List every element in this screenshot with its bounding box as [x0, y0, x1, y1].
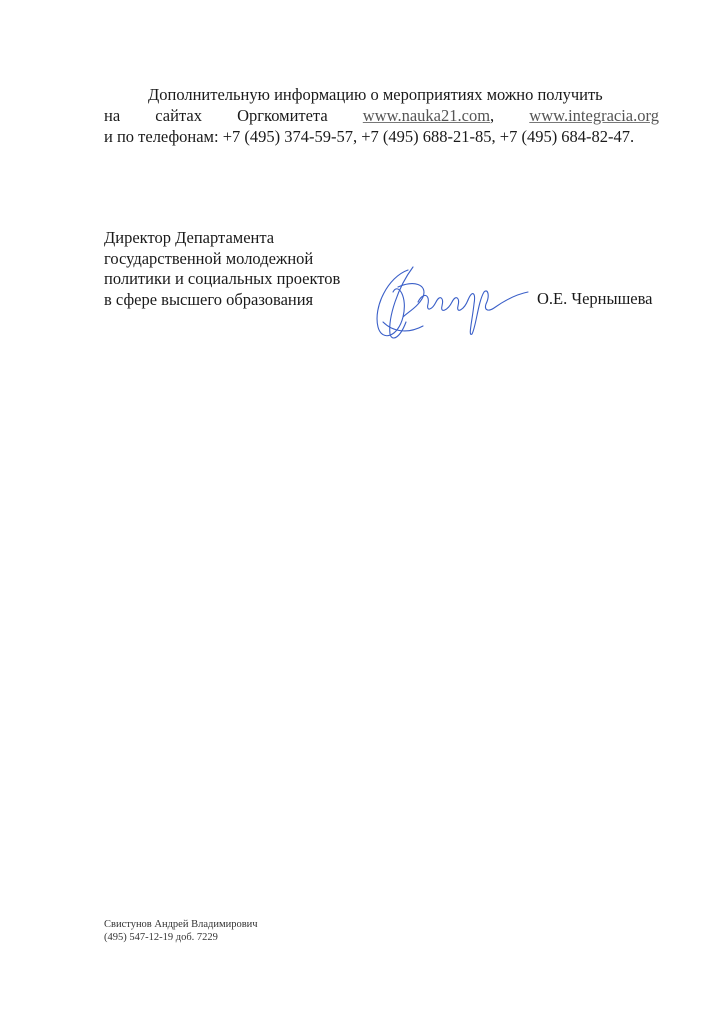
link1-wrap: www.nauka21.com, [363, 105, 494, 126]
executor-footer: Свистунов Андрей Владимирович (495) 547-… [104, 918, 258, 944]
word-orgkomiteta: Оргкомитета [237, 105, 328, 126]
word-na: на [104, 105, 120, 126]
link-integracia[interactable]: www.integracia.org [529, 105, 659, 126]
info-line-1: Дополнительную информацию о мероприятиях… [104, 84, 659, 105]
handwritten-signature [368, 262, 538, 352]
executor-name: Свистунов Андрей Владимирович [104, 918, 258, 931]
info-line-3: и по телефонам: +7 (495) 374-59-57, +7 (… [104, 126, 659, 147]
word-saitah: сайтах [155, 105, 202, 126]
title-line-3: политики и социальных проектов [104, 269, 340, 290]
link-nauka21[interactable]: www.nauka21.com [363, 106, 490, 125]
title-line-4: в сфере высшего образования [104, 290, 340, 311]
comma: , [490, 106, 494, 125]
info-line-2: на сайтах Оргкомитета www.nauka21.com, w… [104, 105, 659, 126]
signatory-title: Директор Департамента государственной мо… [104, 228, 340, 310]
title-line-1: Директор Департамента [104, 228, 340, 249]
info-paragraph: Дополнительную информацию о мероприятиях… [104, 84, 659, 147]
executor-phone: (495) 547-12-19 доб. 7229 [104, 931, 258, 944]
title-line-2: государственной молодежной [104, 249, 340, 270]
signer-name: О.Е. Чернышева [537, 289, 653, 309]
